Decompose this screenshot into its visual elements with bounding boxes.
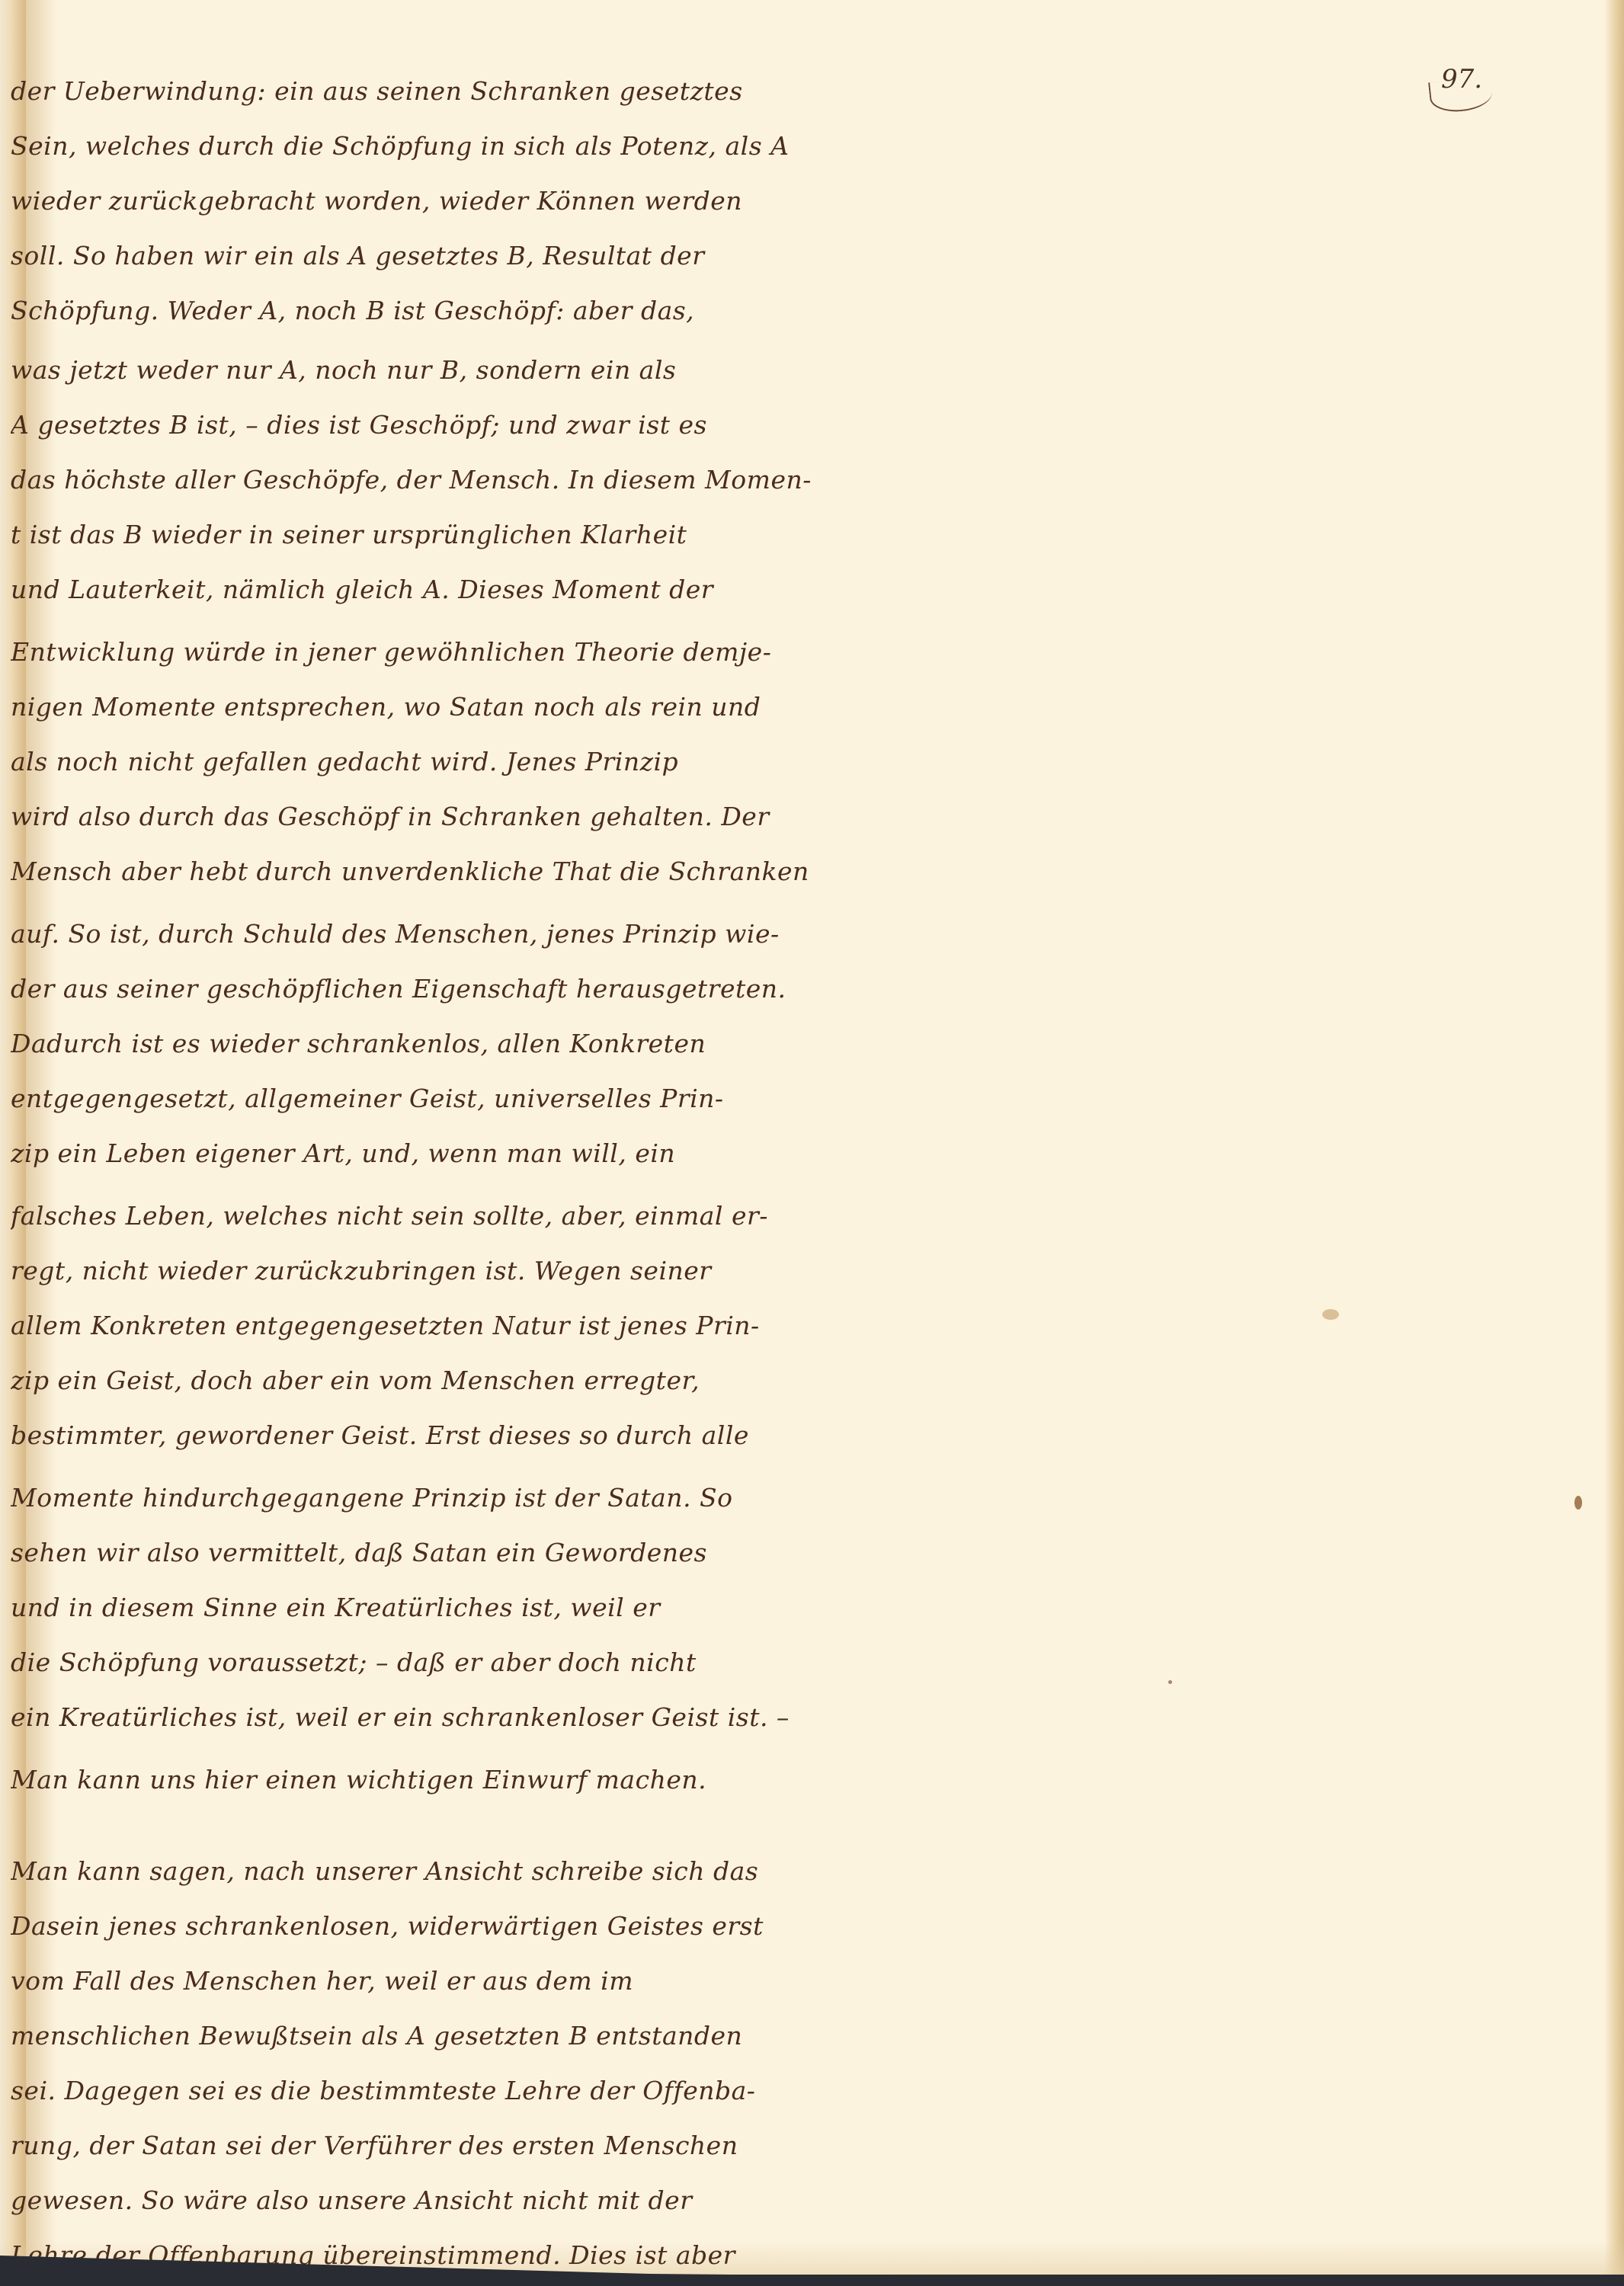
text-line: Man kann uns hier einen wichtigen Einwur…: [11, 1757, 826, 1803]
text-line: als noch nicht gefallen gedacht wird. Je…: [11, 739, 826, 785]
text-line: bestimmter, gewordener Geist. Erst diese…: [11, 1413, 826, 1458]
text-line: der Ueberwindung: ein aus seinen Schrank…: [11, 69, 826, 114]
text-line: regt, nicht wieder zurückzubringen ist. …: [11, 1248, 826, 1294]
text-line: Dasein jenes schrankenlosen, widerwärtig…: [11, 1903, 826, 1949]
paper-stain: [1322, 1309, 1339, 1320]
paper-stain: [1168, 1680, 1172, 1684]
text-line: Schöpfung. Weder A, noch B ist Geschöpf:…: [11, 288, 826, 334]
text-line: Man kann sagen, nach unserer Ansicht sch…: [11, 1849, 826, 1894]
text-line: A gesetztes B ist, – dies ist Geschöpf; …: [11, 402, 826, 448]
text-line: wieder zurückgebracht worden, wieder Kön…: [11, 178, 826, 224]
text-line: soll. So haben wir ein als A gesetztes B…: [11, 233, 826, 279]
text-line: die Schöpfung voraussetzt; – daß er aber…: [11, 1640, 826, 1686]
text-line: ein Kreatürliches ist, weil er ein schra…: [11, 1695, 826, 1740]
paper-stain: [1574, 1496, 1582, 1510]
text-line: Mensch aber hebt durch unverdenkliche Th…: [11, 849, 826, 895]
text-line: der aus seiner geschöpflichen Eigenschaf…: [11, 966, 826, 1012]
text-line: zip ein Geist, doch aber ein vom Mensche…: [11, 1358, 826, 1404]
text-line: menschlichen Bewußtsein als A gesetzten …: [11, 2013, 826, 2059]
text-line: t ist das B wieder in seiner ursprünglic…: [11, 512, 826, 558]
text-line: was jetzt weder nur A, noch nur B, sonde…: [11, 347, 826, 393]
text-line: wird also durch das Geschöpf in Schranke…: [11, 794, 826, 840]
text-line: Momente hindurchgegangene Prinzip ist de…: [11, 1475, 826, 1521]
text-line: zip ein Leben eigener Art, und, wenn man…: [11, 1131, 826, 1177]
text-line: sehen wir also vermittelt, daß Satan ein…: [11, 1530, 826, 1576]
text-line: auf. So ist, durch Schuld des Menschen, …: [11, 911, 826, 957]
text-line: falsches Leben, welches nicht sein sollt…: [11, 1193, 826, 1239]
text-line: gewesen. So wäre also unsere Ansicht nic…: [11, 2178, 826, 2224]
text-line: rung, der Satan sei der Verführer des er…: [11, 2123, 826, 2169]
text-line: entgegengesetzt, allgemeiner Geist, univ…: [11, 1076, 826, 1122]
text-line: nigen Momente entsprechen, wo Satan noch…: [11, 684, 826, 730]
text-line: und Lauterkeit, nämlich gleich A. Dieses…: [11, 567, 826, 613]
manuscript-page: 97. der Ueberwindung: ein aus seinen Sch…: [0, 0, 1624, 2275]
text-line: das höchste aller Geschöpfe, der Mensch.…: [11, 457, 826, 503]
text-line: allem Konkreten entgegengesetzten Natur …: [11, 1303, 826, 1349]
text-line: sei. Dagegen sei es die bestimmteste Leh…: [11, 2068, 826, 2114]
page-fore-edge: [1604, 0, 1624, 2275]
text-line: Dadurch ist es wieder schrankenlos, alle…: [11, 1021, 826, 1067]
text-line: vom Fall des Menschen her, weil er aus d…: [11, 1958, 826, 2004]
text-line: und in diesem Sinne ein Kreatürliches is…: [11, 1585, 826, 1631]
text-line: Sein, welches durch die Schöpfung in sic…: [11, 123, 826, 169]
text-line: Entwicklung würde in jener gewöhnlichen …: [11, 629, 826, 675]
